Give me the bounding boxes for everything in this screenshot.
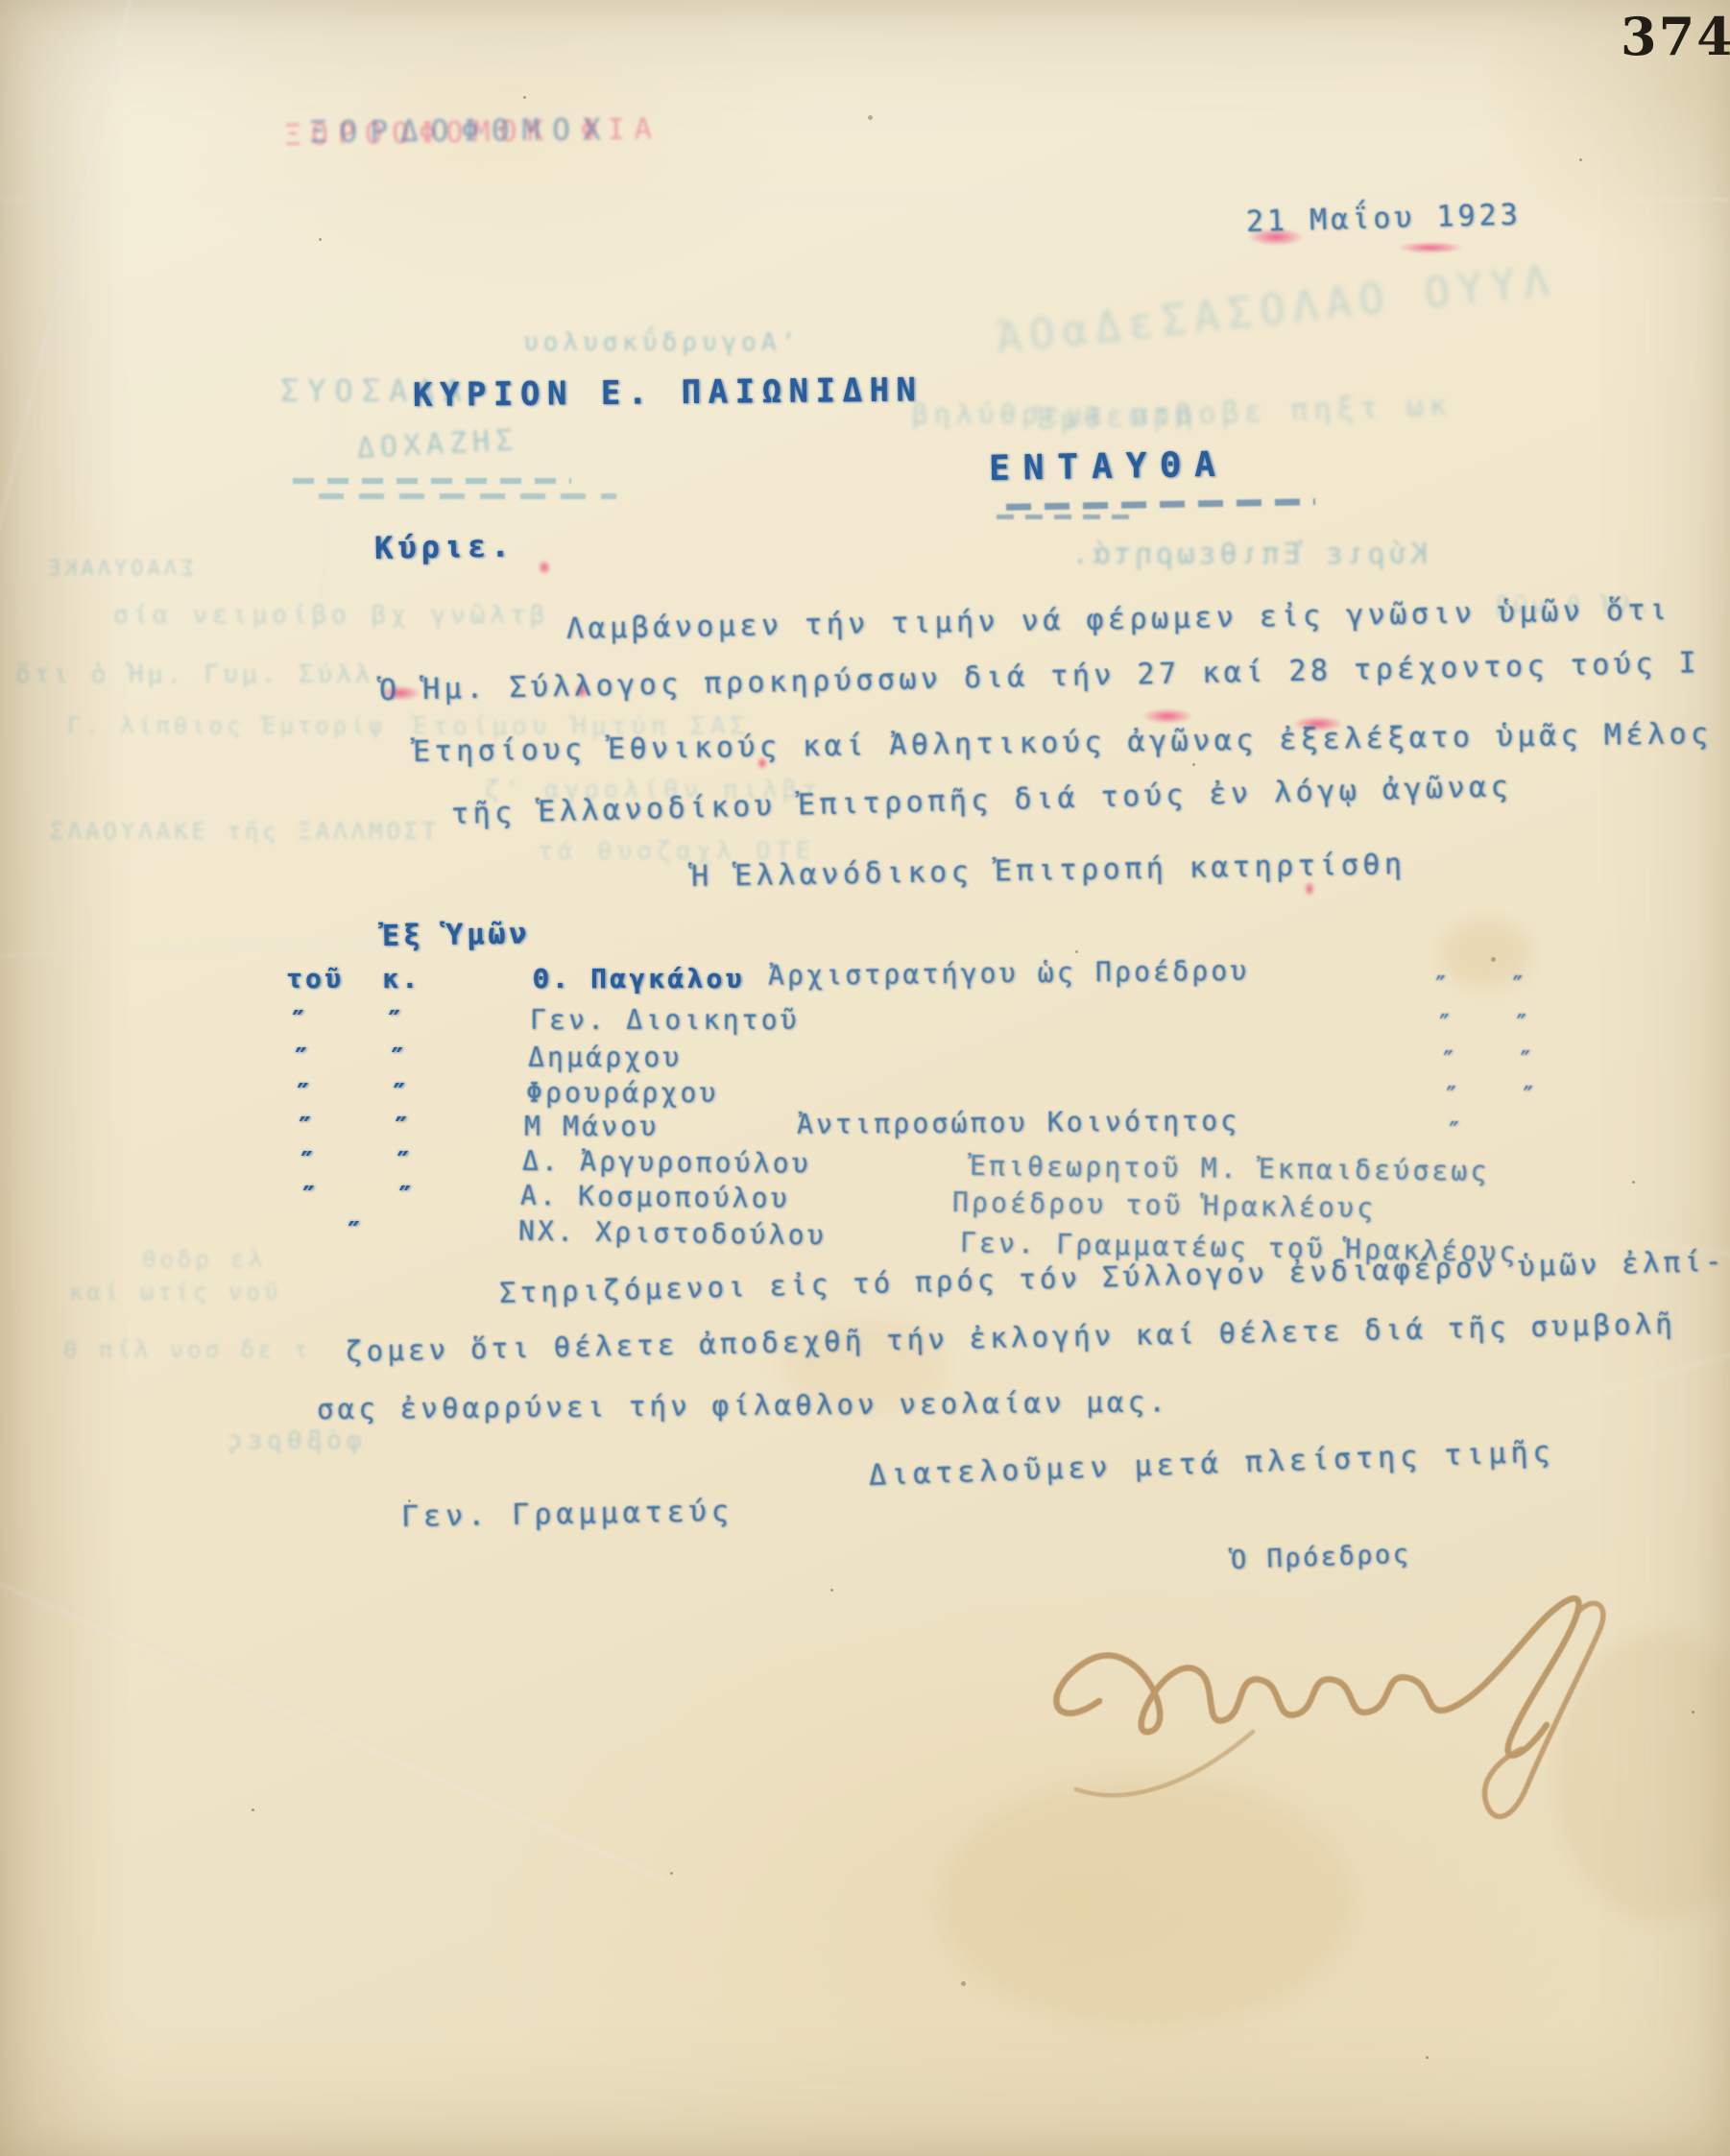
underline-dashes	[319, 493, 616, 499]
bleedthrough-fragment: ΔΟΧΑΖΗΣ	[356, 423, 519, 466]
committee-name-3: Δημάρχου	[528, 1042, 682, 1073]
committee-ditto-right-4: ″ ″	[1443, 1080, 1539, 1112]
bleedthrough-fragment: θ πίλ νοσ δε τ	[63, 1336, 311, 1363]
bleedthrough-fragment: καί ωτίς νοϋ	[69, 1279, 281, 1306]
salutation: Κύριε.	[374, 527, 515, 566]
committee-prefix-3: ″ ″	[293, 1042, 408, 1073]
committee-prefix-4: ″ ″	[295, 1077, 410, 1109]
body-line-1: Λαμβάνομεν τήν τιμήν νά φέρωμεν εἰς γνῶσ…	[566, 593, 1671, 646]
bleedthrough-fragment: σία νειμοίβο βχ γνῶλτβ	[113, 601, 549, 630]
committee-ditto-right-1: ″ ″	[1432, 970, 1528, 1001]
committee-intro: Ἐξ Ὑμῶν	[382, 917, 531, 953]
bleedthrough-fragment: υολυσκΰδρυγοΑ'	[523, 328, 801, 357]
committee-ditto-right-5: ″	[1446, 1115, 1465, 1147]
ink-specks	[0, 0, 3, 3]
bleedthrough-fragment: Κύριε Ἐπιθεωρητά.	[1068, 538, 1428, 571]
committee-name-5: Μ Μάνου	[524, 1111, 659, 1142]
bleedthrough-fragment: ΆΟαΔεΣΑΣΟΛΑΟ ΟΥΥΛ	[994, 256, 1558, 364]
underline-dashes	[997, 515, 1131, 519]
paper-crease	[0, 0, 125, 2156]
president-signature	[1013, 1528, 1666, 1855]
red-overprint	[1142, 708, 1192, 724]
scanned-letter-page: 374 ΞΟΡΟΟΦΟΜΟΚ ΦΙΑ ΞΟΡΔΟΦΘΜΟΧ 21 Μαΐου 1…	[0, 0, 1730, 2156]
red-overprint	[1398, 242, 1463, 253]
committee-ditto-right-2: ″ ″	[1436, 1008, 1532, 1040]
committee-name-4: Φρουράρχου	[526, 1077, 719, 1109]
location-line: ΕΝΤΑΥΘΑ	[989, 445, 1229, 489]
overprint-stamp-blue: ΞΟΡΔΟΦΘΜΟΧ	[309, 112, 613, 150]
underline-dashes	[1006, 498, 1315, 511]
bleedthrough-fragment: θοδρ ελ	[142, 1246, 266, 1273]
closing-line-2: ζομεν ὅτι θέλετε ἀποδεχθῆ τήν ἐκλογήν κα…	[346, 1307, 1677, 1368]
committee-prefix-8: ″	[346, 1215, 365, 1247]
closing-line-3: σας ἐνθαρρύνει τήν φίλαθλον νεολαίαν μας…	[317, 1385, 1169, 1425]
bleedthrough-fragment: ΣΛΑΟΥΛΑΚΕ	[44, 557, 193, 581]
committee-name-6: Δ. Ἀργυροπούλου	[522, 1145, 811, 1180]
bleedthrough-fragment: Γ. λίπθιος Ἐμτορίψ	[67, 712, 386, 739]
underline-dashes	[293, 478, 571, 484]
committee-ditto-right-3: ″ ″	[1440, 1044, 1536, 1076]
committee-role-1: Ἀρχιστρατήγου ὡς Προέδρου	[768, 955, 1250, 992]
committee-prefix-7: ″ ″	[300, 1180, 416, 1211]
page-number: 374	[1621, 6, 1730, 67]
committee-role-6: Ἐπιθεωρητοῦ Μ. Ἐκπαιδεύσεως	[970, 1150, 1490, 1187]
committee-name-7: Α. Κοσμοπούλου	[520, 1180, 790, 1214]
addressee-line: ΚΥΡΙΟΝ Ε. ΠΑΙΩΝΙΔΗΝ	[413, 371, 924, 415]
bleedthrough-fragment: βηλύθρεμε πτβ	[912, 398, 1197, 430]
committee-name-1: Θ. Παγκάλου	[533, 963, 745, 994]
committee-prefix-2: ″ ″	[290, 1004, 405, 1036]
body-line-2: Ὁ Ἡμ. Σύλλογος προκηρύσσων διά τήν 27 κα…	[379, 646, 1701, 707]
committee-prefix-5: ″ ″	[297, 1111, 412, 1142]
committee-name-2: Γεν. Διοικητοῦ	[530, 1004, 800, 1036]
date-line: 21 Μαΐου 1923	[1246, 198, 1523, 238]
committee-prefix-6: ″ ″	[299, 1145, 414, 1177]
bleedthrough-fragment: φόβθρες	[223, 1426, 362, 1455]
red-overprint	[538, 560, 551, 575]
red-overprint	[1304, 881, 1315, 897]
valediction: Διατελοῦμεν μετά πλείστης τιμῆς	[868, 1435, 1555, 1493]
committee-name-8: ΝΧ. Χριστοδούλου	[518, 1215, 827, 1251]
paper-crease	[1678, 845, 1681, 1536]
committee-role-5: Ἀντιπροσώπου Κοινότητος	[797, 1105, 1240, 1140]
secretary-title: Γεν. Γραμματεύς	[401, 1495, 733, 1534]
committee-prefix-1: τοῦ κ.	[286, 963, 420, 994]
paper-crease	[1555, 1332, 1730, 1406]
committee-role-7: Προέδρου τοῦ Ἡρακλέους	[952, 1186, 1377, 1224]
bleedthrough-fragment: ΣΛΑΟΥΛΑΚΕ τῆς ΞΑΛΛΜΟΣΤ	[50, 818, 440, 845]
bleedthrough-fragment: ὅτι ὁ Ἡμ. Γυμ. Σύλλ	[15, 660, 373, 689]
